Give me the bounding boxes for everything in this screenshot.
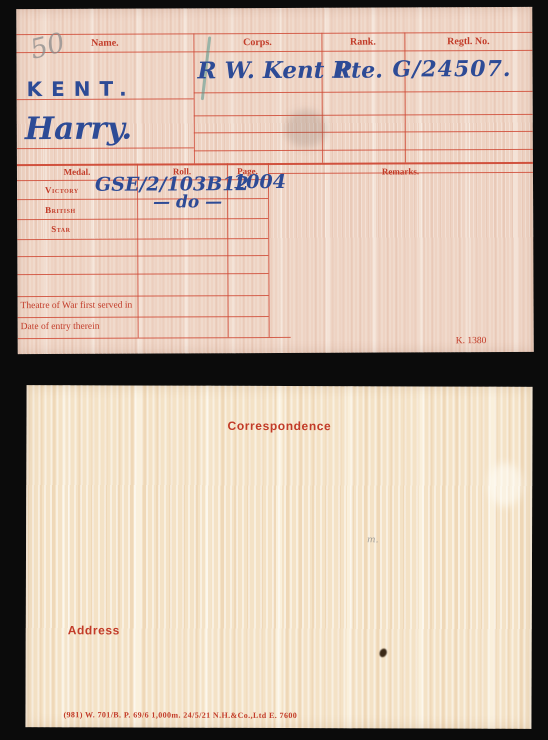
rule-line	[18, 316, 269, 318]
medal-row-label-victory: Victory	[45, 185, 79, 195]
rule-line	[16, 50, 532, 53]
medal-card-front: Name. Corps. Rank. Regtl. No. 50 KENT. H…	[16, 7, 534, 354]
rank-column-header: Rank.	[321, 36, 404, 47]
address-label: Address	[68, 623, 120, 637]
medal-row-label-star: Star	[51, 224, 70, 234]
ink-blot	[378, 647, 388, 658]
date-of-entry-label: Date of entry therein	[21, 322, 100, 332]
rule-line	[194, 91, 533, 93]
rule-line	[194, 131, 533, 133]
rule-line	[17, 147, 194, 149]
rank-entry: Pte.	[334, 58, 382, 84]
rule-line	[17, 255, 268, 257]
erased-smudge	[488, 463, 522, 507]
rule-line	[17, 238, 268, 240]
regtl-no-column-header: Regtl. No.	[404, 36, 532, 48]
grid-lines	[16, 7, 532, 9]
rule-line	[17, 218, 268, 220]
british-roll-ditto-entry: — do —	[153, 192, 222, 212]
forename-entry: Harry.	[25, 111, 132, 147]
smudge-mark	[285, 110, 327, 148]
rule-line	[16, 32, 532, 35]
medal-row-label-british: British	[45, 205, 76, 215]
regimental-number-entry: G/24507.	[392, 56, 511, 83]
column-divider	[404, 32, 406, 162]
column-divider	[193, 33, 195, 163]
rule-line	[17, 273, 268, 275]
rule-line	[18, 295, 269, 297]
theatre-of-war-label: Theatre of War first served in	[21, 301, 133, 311]
corps-column-header: Corps.	[193, 37, 321, 49]
rule-line	[194, 149, 533, 151]
column-divider	[321, 33, 323, 163]
rule-line	[17, 198, 268, 200]
surname-entry: KENT.	[27, 77, 136, 101]
card-ref-code: K. 1380	[456, 336, 487, 346]
correspondence-label: Correspondence	[26, 418, 532, 434]
pencil-corner-number: 50	[27, 27, 68, 66]
rule-line	[18, 337, 291, 339]
rule-line	[194, 114, 533, 116]
printers-imprint-line: (981) W. 701/B. P. 69/6 1,000m. 24/5/21 …	[63, 710, 297, 720]
medal-table-header-remarks: Remarks.	[268, 166, 533, 177]
victory-page-entry: 1004	[233, 171, 286, 193]
medal-card-back: Correspondence Address m. (981) W. 701/B…	[25, 385, 532, 729]
corps-entry: R W. Kent R	[197, 57, 351, 85]
pencil-note: m.	[367, 535, 378, 545]
